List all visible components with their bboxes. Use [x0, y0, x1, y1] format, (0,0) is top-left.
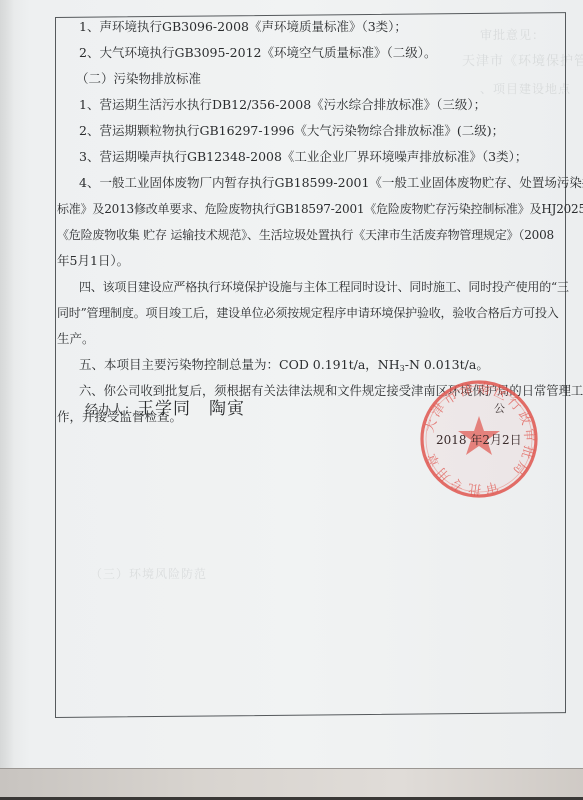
signatory-line: 经办人：王学同陶寅	[85, 394, 245, 419]
standard-wastewater: 1、营运期生活污水执行DB12/356-2008《污水综合排放标准》（三级）；	[57, 92, 562, 118]
standard-solid-waste-line4: 年5月1日）。	[57, 248, 562, 274]
section-four-line2: 同时”管理制度。项目竣工后，建设单位必须按规定程序申请环境保护验收，验收合格后方…	[57, 300, 562, 326]
seal-gong-text: 公	[494, 400, 505, 416]
section-four-line3: 生产。	[57, 326, 562, 352]
section-heading-pollutant-standards: （二）污染物排放标准	[57, 66, 562, 92]
section-four-line1: 四、该项目建设应严格执行环境保护设施与主体工程同时设计、同时施工、同时投产使用的…	[57, 274, 562, 300]
standard-solid-waste-line3: 《危险废物收集 贮存 运输技术规范》、生活垃圾处置执行《天津市生活废弃物管理规定…	[57, 222, 562, 248]
standard-noise-emission: 3、营运期噪声执行GB12348-2008《工业企业厂界环境噪声排放标准》（3类…	[57, 144, 562, 170]
signatory-name-1: 王学同	[137, 399, 191, 419]
standard-particulate: 2、营运期颗粒物执行GB16297-1996《大气污染物综合排放标准》(二级)；	[57, 118, 562, 144]
standard-air-quality: 2、大气环境执行GB3095-2012《环境空气质量标准》（二级）。	[57, 40, 562, 66]
section-five-prefix: 五、本项目主要污染物控制总量为：COD 0.191t/a，NH	[79, 357, 400, 372]
standard-noise-quality: 1、声环境执行GB3096-2008《声环境质量标准》（3类）；	[57, 14, 562, 40]
standard-solid-waste-line2: 标准》及2013修改单要求、危险废物执行GB18597-2001《危险废物贮存污…	[57, 196, 562, 222]
scanner-bottom-band	[0, 768, 583, 800]
approval-date: 2018 年2月2日	[436, 431, 522, 448]
page-left-shadow	[0, 0, 14, 768]
standard-solid-waste-line1: 4、一般工业固体废物厂内暂存执行GB18599-2001《一般工业固体废物贮存、…	[57, 170, 562, 196]
section-five-emission-totals: 五、本项目主要污染物控制总量为：COD 0.191t/a，NH3-N 0.013…	[57, 352, 562, 378]
section-five-suffix: -N 0.013t/a。	[405, 357, 489, 372]
signatory-name-2: 陶寅	[209, 399, 245, 419]
document-body: 1、声环境执行GB3096-2008《声环境质量标准》（3类）； 2、大气环境执…	[57, 14, 562, 430]
signatory-label: 经办人：	[85, 403, 137, 418]
